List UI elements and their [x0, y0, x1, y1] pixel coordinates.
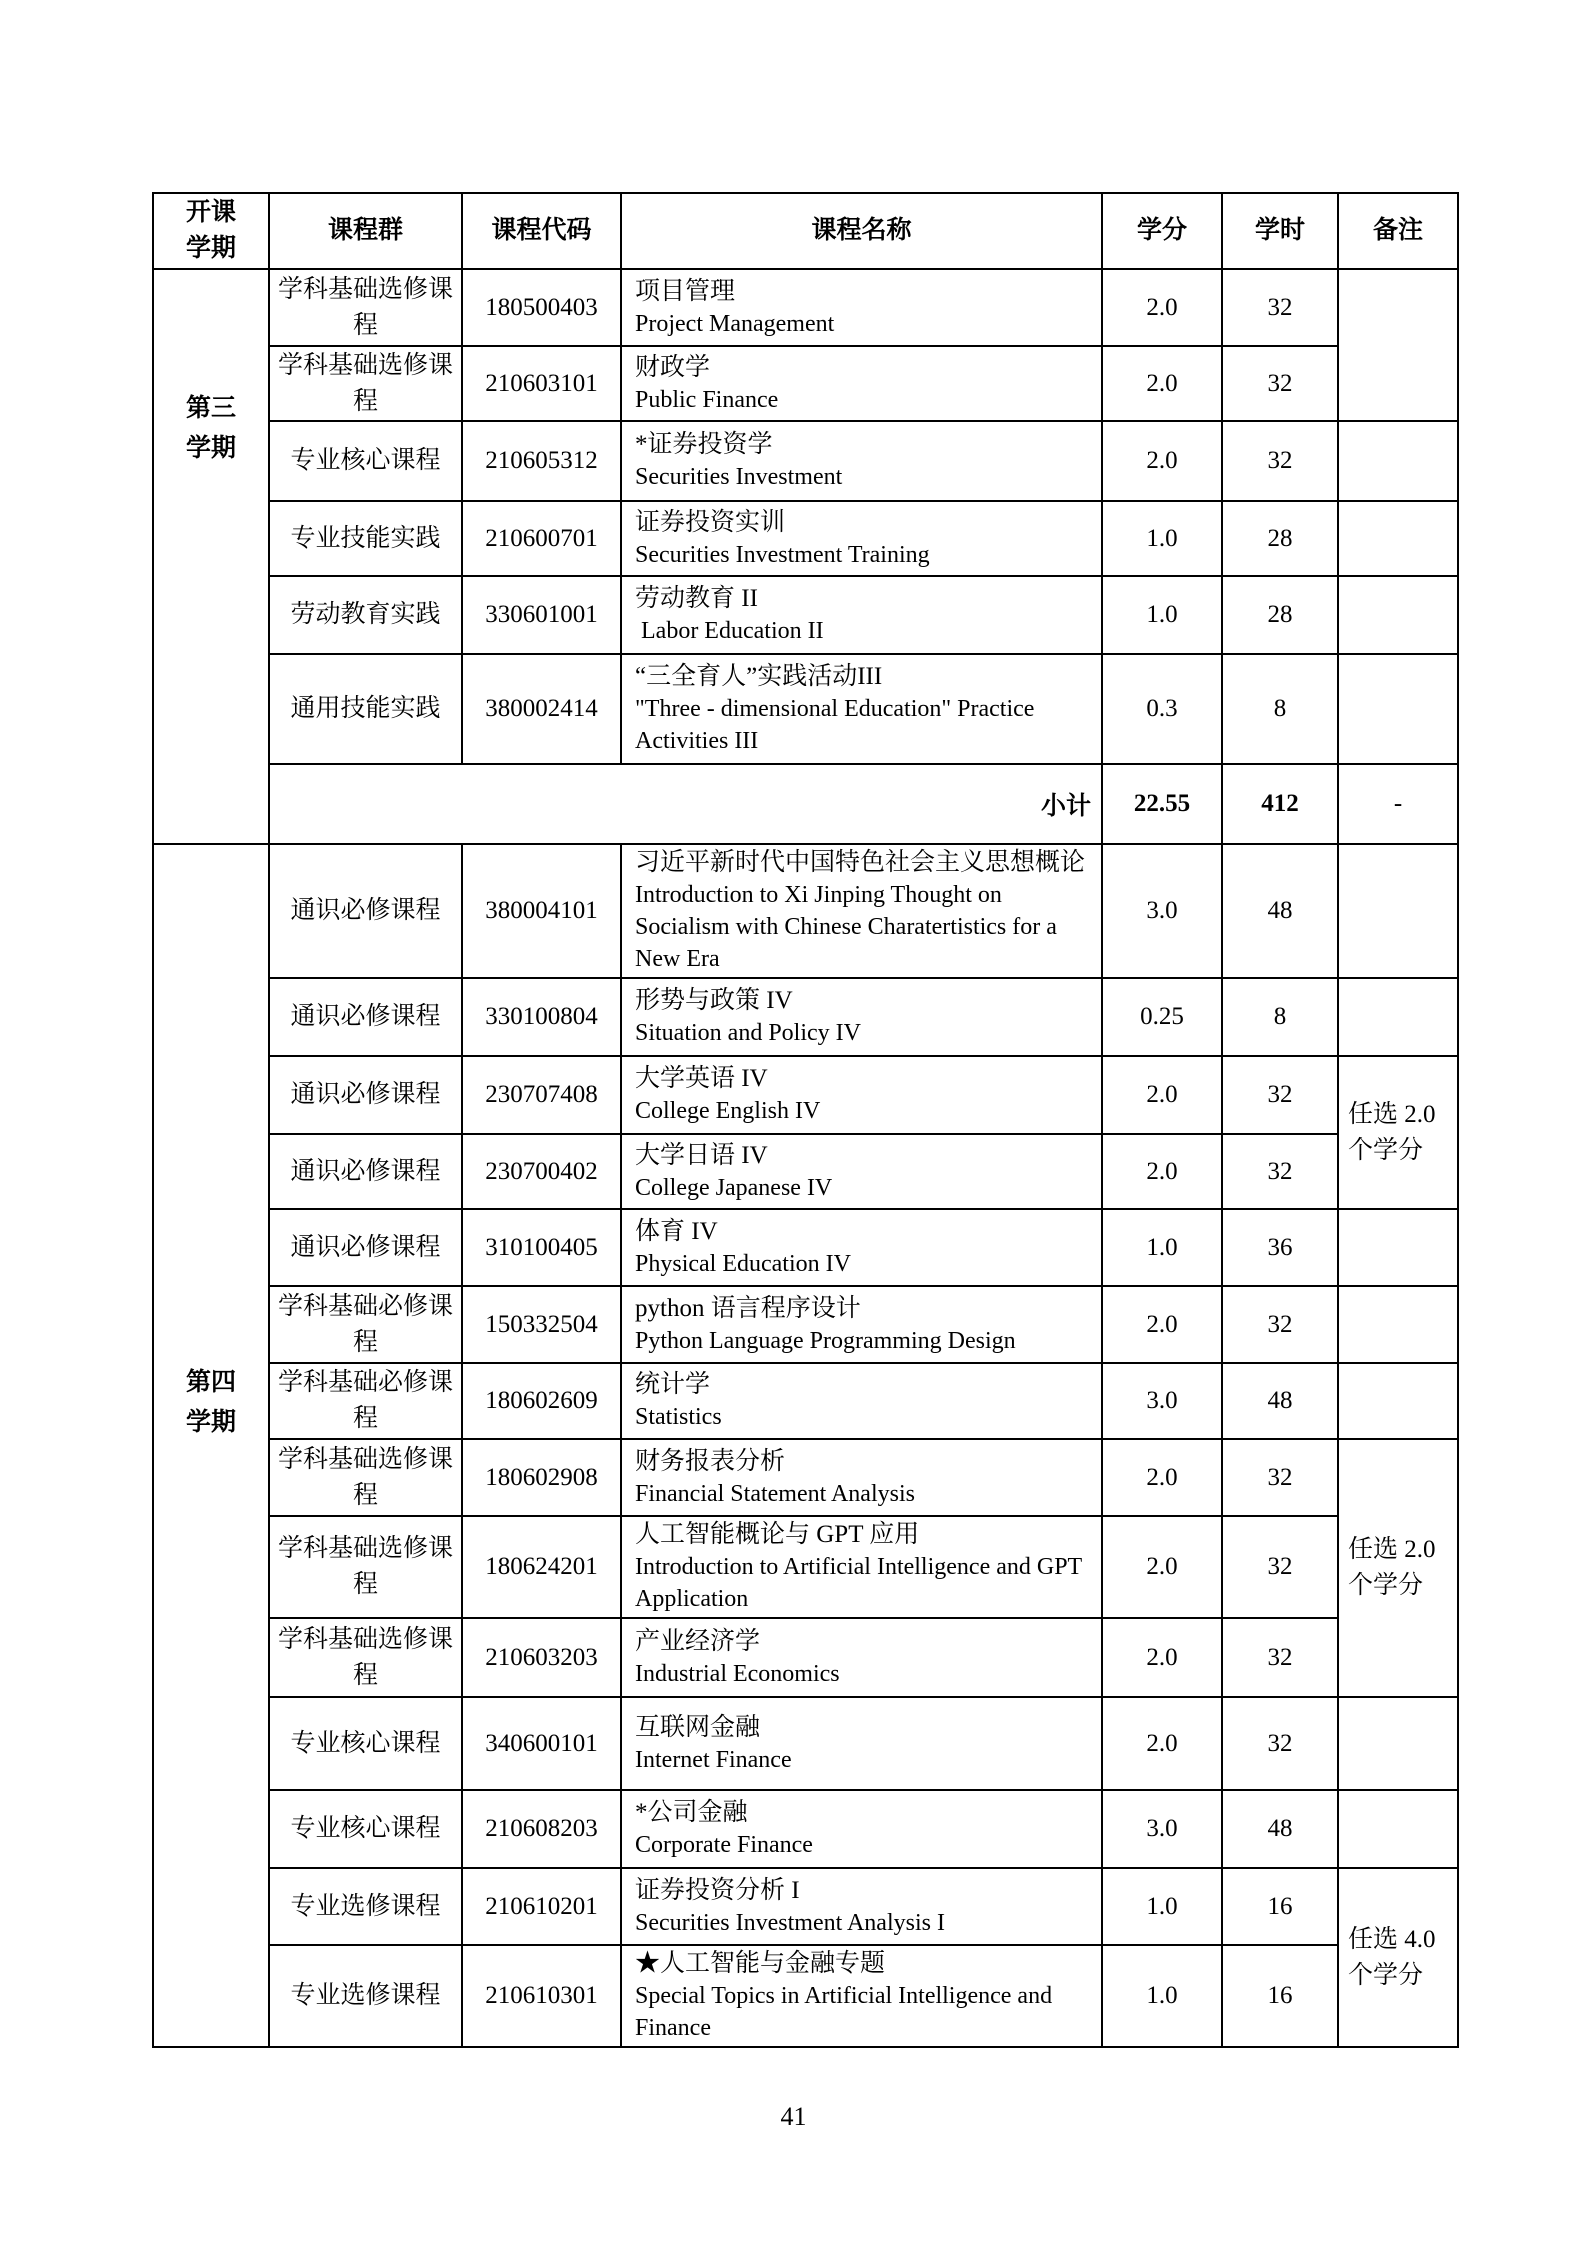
group-cell: 通用技能实践 [269, 654, 462, 764]
remark-cell [1338, 576, 1458, 654]
course-name-zh: 体育 IV [635, 1216, 1091, 1248]
hours-cell: 32 [1222, 1134, 1338, 1209]
course-name-en: Python Language Programming Design [635, 1325, 1091, 1357]
credits-cell: 2.0 [1102, 1618, 1222, 1697]
remark-cell [1338, 269, 1458, 421]
credits-cell: 2.0 [1102, 1134, 1222, 1209]
course-name-zh: 统计学 [635, 1369, 1091, 1401]
course-row: 通用技能实践380002414“三全育人”实践活动III"Three - dim… [153, 654, 1458, 764]
group-cell: 通识必修课程 [269, 978, 462, 1056]
remark-cell [1338, 1363, 1458, 1439]
credits-cell: 2.0 [1102, 1516, 1222, 1618]
course-name-zh: python 语言程序设计 [635, 1293, 1091, 1325]
course-name-en: "Three - dimensional Education" Practice… [635, 693, 1091, 757]
credits-cell: 3.0 [1102, 1790, 1222, 1868]
course-name-en: Introduction to Artificial Intelligence … [635, 1551, 1091, 1615]
code-cell: 210600701 [462, 501, 621, 576]
course-row: 专业选修课程210610301★人工智能与金融专题Special Topics … [153, 1945, 1458, 2047]
course-name-cell: 互联网金融Internet Finance [621, 1697, 1102, 1790]
course-name-zh: 证券投资实训 [635, 507, 1091, 539]
remark-cell: 任选 2.0 个学分 [1338, 1056, 1458, 1209]
course-name-cell: 产业经济学Industrial Economics [621, 1618, 1102, 1697]
course-name-cell: 大学英语 IVCollege English IV [621, 1056, 1102, 1134]
credits-cell: 3.0 [1102, 844, 1222, 978]
credits-cell: 1.0 [1102, 1868, 1222, 1945]
group-cell: 专业选修课程 [269, 1868, 462, 1945]
course-name-en: Physical Education IV [635, 1248, 1091, 1280]
course-name-en: Introduction to Xi Jinping Thought on So… [635, 879, 1091, 975]
credits-cell: 2.0 [1102, 1286, 1222, 1363]
header-cell-remark: 备注 [1338, 193, 1458, 269]
code-cell: 230700402 [462, 1134, 621, 1209]
group-cell: 学科基础选修课程 [269, 1618, 462, 1697]
course-name-zh: “三全育人”实践活动III [635, 661, 1091, 693]
credits-cell: 1.0 [1102, 576, 1222, 654]
course-name-cell: 大学日语 IVCollege Japanese IV [621, 1134, 1102, 1209]
course-name-cell: “三全育人”实践活动III"Three - dimensional Educat… [621, 654, 1102, 764]
semester-label: 第四 学期 [186, 1363, 236, 1443]
course-row: 专业核心课程210605312*证券投资学Securities Investme… [153, 421, 1458, 501]
course-name-zh: 证券投资分析 I [635, 1875, 1091, 1907]
course-row: 通识必修课程330100804形势与政策 IVSituation and Pol… [153, 978, 1458, 1056]
group-cell: 学科基础选修课程 [269, 269, 462, 346]
subtotal-hours-cell: 412 [1222, 764, 1338, 844]
hours-cell: 36 [1222, 1209, 1338, 1286]
course-name-cell: ★人工智能与金融专题Special Topics in Artificial I… [621, 1945, 1102, 2047]
code-cell: 180624201 [462, 1516, 621, 1618]
credits-cell: 2.0 [1102, 1056, 1222, 1134]
credits-cell: 2.0 [1102, 421, 1222, 501]
group-cell: 专业核心课程 [269, 421, 462, 501]
group-cell: 通识必修课程 [269, 1209, 462, 1286]
header-cell-code: 课程代码 [462, 193, 621, 269]
hours-cell: 32 [1222, 346, 1338, 421]
course-row: 第四 学期通识必修课程380004101习近平新时代中国特色社会主义思想概论In… [153, 844, 1458, 978]
hours-cell: 48 [1222, 844, 1338, 978]
header-row: 开课 学期课程群课程代码课程名称学分学时备注 [153, 193, 1458, 269]
course-row: 专业核心课程210608203*公司金融Corporate Finance3.0… [153, 1790, 1458, 1868]
course-row: 专业核心课程340600101互联网金融Internet Finance2.03… [153, 1697, 1458, 1790]
table-body: 第三 学期学科基础选修课程180500403项目管理Project Manage… [153, 269, 1458, 2047]
code-cell: 380002414 [462, 654, 621, 764]
hours-cell: 48 [1222, 1790, 1338, 1868]
header-cell-semester: 开课 学期 [153, 193, 269, 269]
course-name-zh: 习近平新时代中国特色社会主义思想概论 [635, 847, 1091, 879]
subtotal-row: 小计22.55412- [153, 764, 1458, 844]
remark-cell [1338, 421, 1458, 501]
course-name-en: Statistics [635, 1401, 1091, 1433]
code-cell: 180602609 [462, 1363, 621, 1439]
code-cell: 210603203 [462, 1618, 621, 1697]
semester-cell: 第四 学期 [153, 844, 269, 2047]
group-cell: 通识必修课程 [269, 844, 462, 978]
table-header: 开课 学期课程群课程代码课程名称学分学时备注 [153, 193, 1458, 269]
curriculum-table: 开课 学期课程群课程代码课程名称学分学时备注 第三 学期学科基础选修课程1805… [152, 192, 1459, 2048]
course-name-en: Situation and Policy IV [635, 1017, 1091, 1049]
course-name-en: Project Management [635, 308, 1091, 340]
group-cell: 专业选修课程 [269, 1945, 462, 2047]
group-cell: 通识必修课程 [269, 1134, 462, 1209]
course-name-cell: 劳动教育 II Labor Education II [621, 576, 1102, 654]
course-name-en: Corporate Finance [635, 1829, 1091, 1861]
course-row: 学科基础选修课程180624201人工智能概论与 GPT 应用Introduct… [153, 1516, 1458, 1618]
credits-cell: 2.0 [1102, 1439, 1222, 1516]
remark-cell [1338, 501, 1458, 576]
page: { "page_number": "41", "table": { "heade… [0, 0, 1587, 2245]
group-cell: 劳动教育实践 [269, 576, 462, 654]
course-row: 通识必修课程310100405体育 IVPhysical Education I… [153, 1209, 1458, 1286]
course-row: 学科基础选修课程180602908财务报表分析Financial Stateme… [153, 1439, 1458, 1516]
course-name-cell: 项目管理Project Management [621, 269, 1102, 346]
course-row: 专业技能实践210600701证券投资实训Securities Investme… [153, 501, 1458, 576]
hours-cell: 32 [1222, 1056, 1338, 1134]
subtotal-remark-cell: - [1338, 764, 1458, 844]
credits-cell: 1.0 [1102, 1209, 1222, 1286]
course-name-cell: *公司金融Corporate Finance [621, 1790, 1102, 1868]
code-cell: 210603101 [462, 346, 621, 421]
semester-cell: 第三 学期 [153, 269, 269, 844]
course-name-zh: 产业经济学 [635, 1626, 1091, 1658]
course-name-zh: ★人工智能与金融专题 [635, 1948, 1091, 1980]
course-name-zh: 财政学 [635, 352, 1091, 384]
course-name-en: Securities Investment Training [635, 539, 1091, 571]
code-cell: 210608203 [462, 1790, 621, 1868]
remark-cell [1338, 1209, 1458, 1286]
remark-cell [1338, 844, 1458, 978]
course-name-zh: *证券投资学 [635, 429, 1091, 461]
course-name-cell: 习近平新时代中国特色社会主义思想概论Introduction to Xi Jin… [621, 844, 1102, 978]
code-cell: 330601001 [462, 576, 621, 654]
course-name-en: Industrial Economics [635, 1658, 1091, 1690]
course-name-en: College Japanese IV [635, 1172, 1091, 1204]
course-row: 学科基础必修课程180602609统计学Statistics3.048 [153, 1363, 1458, 1439]
code-cell: 210610201 [462, 1868, 621, 1945]
semester-label: 第三 学期 [186, 389, 236, 469]
remark-cell [1338, 978, 1458, 1056]
credits-cell: 0.3 [1102, 654, 1222, 764]
group-cell: 学科基础选修课程 [269, 1439, 462, 1516]
subtotal-label-cell: 小计 [269, 764, 1102, 844]
remark-cell: 任选 4.0 个学分 [1338, 1868, 1458, 2047]
course-row: 通识必修课程230707408大学英语 IVCollege English IV… [153, 1056, 1458, 1134]
header-cell-name: 课程名称 [621, 193, 1102, 269]
course-row: 专业选修课程210610201证券投资分析 ISecurities Invest… [153, 1868, 1458, 1945]
code-cell: 210610301 [462, 1945, 621, 2047]
course-name-zh: 项目管理 [635, 276, 1091, 308]
course-name-en: Securities Investment [635, 461, 1091, 493]
group-cell: 专业核心课程 [269, 1790, 462, 1868]
course-name-cell: 体育 IVPhysical Education IV [621, 1209, 1102, 1286]
course-name-cell: 财务报表分析Financial Statement Analysis [621, 1439, 1102, 1516]
course-name-zh: 形势与政策 IV [635, 985, 1091, 1017]
code-cell: 230707408 [462, 1056, 621, 1134]
credits-cell: 2.0 [1102, 269, 1222, 346]
credits-cell: 0.25 [1102, 978, 1222, 1056]
course-row: 学科基础选修课程210603101财政学Public Finance2.032 [153, 346, 1458, 421]
code-cell: 180602908 [462, 1439, 621, 1516]
header-cell-credits: 学分 [1102, 193, 1222, 269]
course-name-zh: 人工智能概论与 GPT 应用 [635, 1519, 1091, 1551]
header-cell-hours: 学时 [1222, 193, 1338, 269]
code-cell: 330100804 [462, 978, 621, 1056]
code-cell: 310100405 [462, 1209, 621, 1286]
course-name-en: Financial Statement Analysis [635, 1478, 1091, 1510]
course-name-zh: *公司金融 [635, 1797, 1091, 1829]
remark-cell [1338, 1697, 1458, 1790]
course-name-zh: 财务报表分析 [635, 1446, 1091, 1478]
course-name-cell: 财政学Public Finance [621, 346, 1102, 421]
group-cell: 专业核心课程 [269, 1697, 462, 1790]
course-row: 通识必修课程230700402大学日语 IVCollege Japanese I… [153, 1134, 1458, 1209]
hours-cell: 8 [1222, 654, 1338, 764]
hours-cell: 28 [1222, 501, 1338, 576]
code-cell: 180500403 [462, 269, 621, 346]
credits-cell: 1.0 [1102, 1945, 1222, 2047]
course-name-en: Internet Finance [635, 1744, 1091, 1776]
hours-cell: 8 [1222, 978, 1338, 1056]
course-name-en: Securities Investment Analysis I [635, 1907, 1091, 1939]
hours-cell: 32 [1222, 1516, 1338, 1618]
credits-cell: 2.0 [1102, 346, 1222, 421]
remark-cell [1338, 1286, 1458, 1363]
course-name-cell: 形势与政策 IVSituation and Policy IV [621, 978, 1102, 1056]
remark-cell: 任选 2.0 个学分 [1338, 1439, 1458, 1697]
course-name-cell: 证券投资分析 ISecurities Investment Analysis I [621, 1868, 1102, 1945]
hours-cell: 32 [1222, 421, 1338, 501]
hours-cell: 48 [1222, 1363, 1338, 1439]
course-name-zh: 大学英语 IV [635, 1063, 1091, 1095]
course-name-cell: 统计学Statistics [621, 1363, 1102, 1439]
hours-cell: 32 [1222, 1439, 1338, 1516]
subtotal-credits-cell: 22.55 [1102, 764, 1222, 844]
hours-cell: 16 [1222, 1945, 1338, 2047]
hours-cell: 32 [1222, 1286, 1338, 1363]
hours-cell: 32 [1222, 1618, 1338, 1697]
group-cell: 学科基础必修课程 [269, 1286, 462, 1363]
group-cell: 学科基础选修课程 [269, 1516, 462, 1618]
hours-cell: 28 [1222, 576, 1338, 654]
course-name-cell: 人工智能概论与 GPT 应用Introduction to Artificial… [621, 1516, 1102, 1618]
header-cell-group: 课程群 [269, 193, 462, 269]
course-row: 学科基础选修课程210603203产业经济学Industrial Economi… [153, 1618, 1458, 1697]
group-cell: 通识必修课程 [269, 1056, 462, 1134]
remark-cell [1338, 654, 1458, 764]
course-row: 第三 学期学科基础选修课程180500403项目管理Project Manage… [153, 269, 1458, 346]
course-name-cell: *证券投资学Securities Investment [621, 421, 1102, 501]
group-cell: 学科基础选修课程 [269, 346, 462, 421]
page-number: 41 [0, 2102, 1587, 2132]
course-name-en: Special Topics in Artificial Intelligenc… [635, 1980, 1091, 2044]
group-cell: 专业技能实践 [269, 501, 462, 576]
course-name-zh: 劳动教育 II [635, 583, 1091, 615]
hours-cell: 32 [1222, 1697, 1338, 1790]
code-cell: 380004101 [462, 844, 621, 978]
course-name-en: Public Finance [635, 384, 1091, 416]
course-row: 学科基础必修课程150332504python 语言程序设计Python Lan… [153, 1286, 1458, 1363]
course-row: 劳动教育实践330601001劳动教育 II Labor Education I… [153, 576, 1458, 654]
hours-cell: 32 [1222, 269, 1338, 346]
code-cell: 150332504 [462, 1286, 621, 1363]
course-name-cell: python 语言程序设计Python Language Programming… [621, 1286, 1102, 1363]
credits-cell: 2.0 [1102, 1697, 1222, 1790]
group-cell: 学科基础必修课程 [269, 1363, 462, 1439]
hours-cell: 16 [1222, 1868, 1338, 1945]
credits-cell: 3.0 [1102, 1363, 1222, 1439]
course-name-zh: 互联网金融 [635, 1712, 1091, 1744]
course-name-cell: 证券投资实训Securities Investment Training [621, 501, 1102, 576]
remark-cell [1338, 1790, 1458, 1868]
credits-cell: 1.0 [1102, 501, 1222, 576]
code-cell: 340600101 [462, 1697, 621, 1790]
course-name-en: Labor Education II [635, 615, 1091, 647]
course-name-zh: 大学日语 IV [635, 1140, 1091, 1172]
course-name-en: College English IV [635, 1095, 1091, 1127]
code-cell: 210605312 [462, 421, 621, 501]
